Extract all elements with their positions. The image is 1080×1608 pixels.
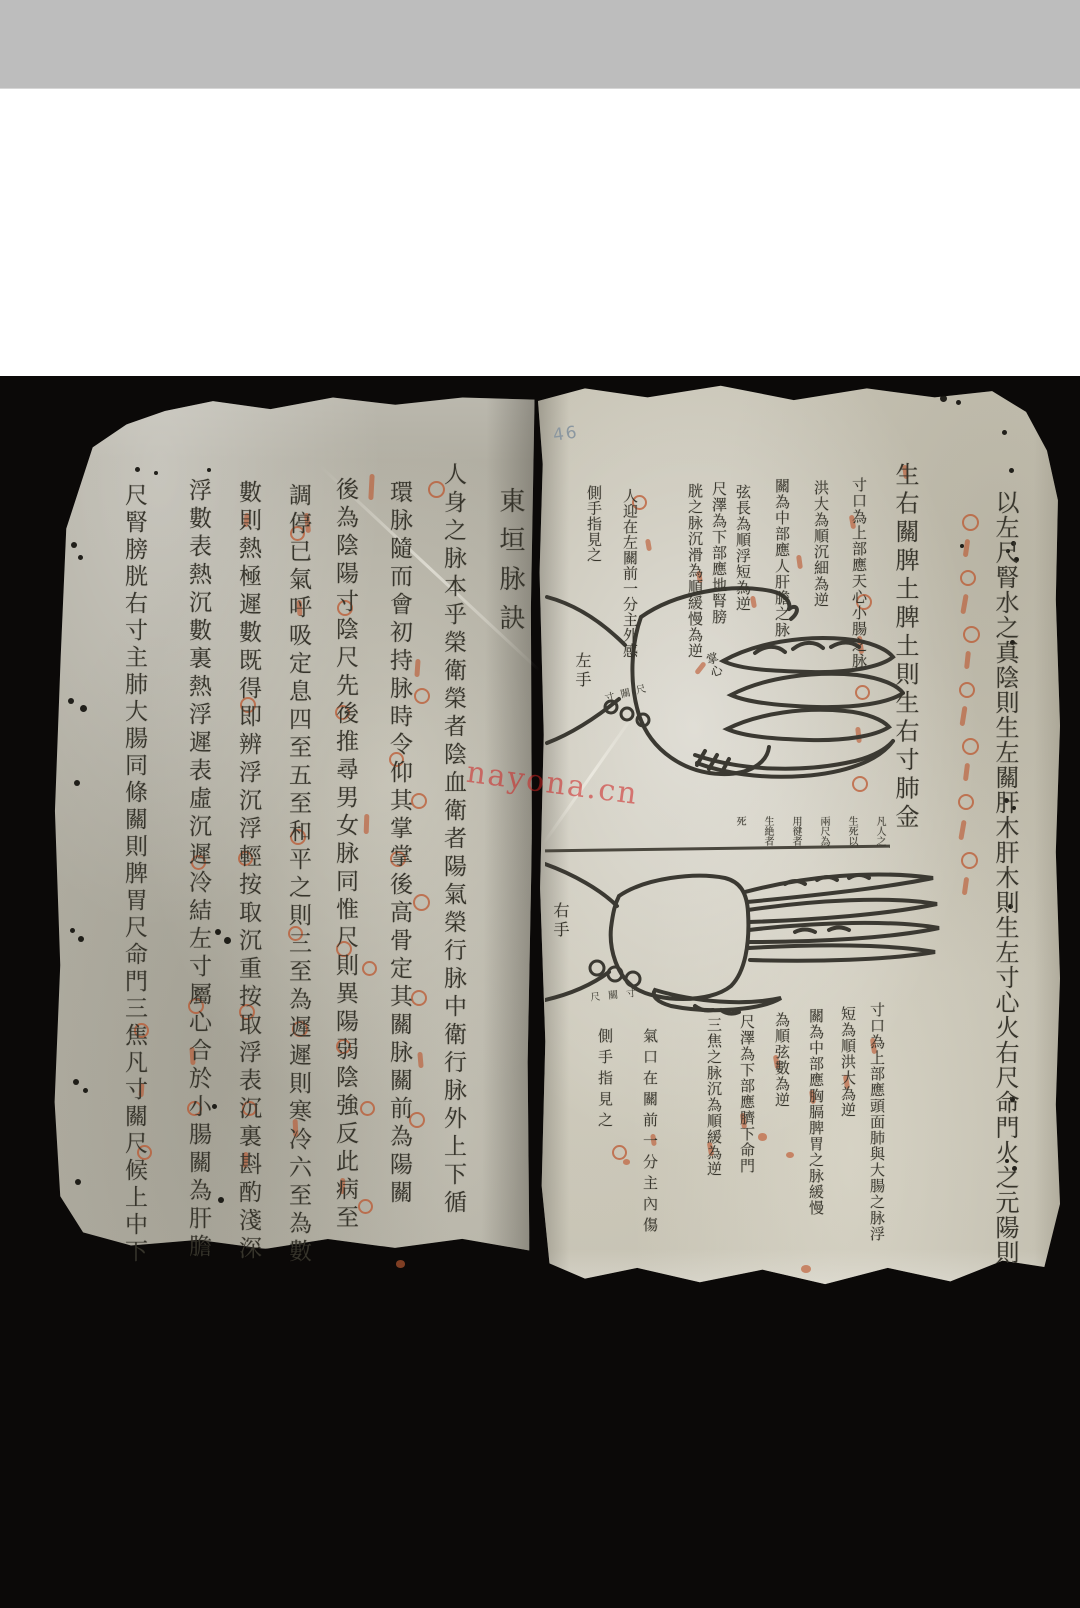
ink-spot [135,467,140,472]
left-page-column-2: 環脉隨而會初持脉時令仰其掌掌後高骨定其關脉關前為陽關 [383,480,416,1208]
left-page-column-4: 調停已氣呼吸定息四至五至和平之則三至為遲遲則寒冷六至為數 [282,483,315,1267]
ink-spot [224,937,231,944]
left-page-column-1: 人身之脉本乎榮衛榮者陰血衛者陽氣榮行脉中衛行脉外上下循 [437,462,470,1218]
red-circle-mark [612,1145,627,1160]
lower-block-column-3: 關為中部應胸膈脾胃之脉緩慢 [806,1008,827,1216]
divider-note-col-3: 兩尺為 [816,816,831,846]
ink-spot [75,1179,81,1185]
ink-spot [70,928,75,933]
ink-spot [207,468,211,472]
right-hand-label: 右手 [549,902,572,940]
lower-block-column-6: 三焦之脉沉為順緩為逆 [704,1017,725,1177]
ink-spot [83,1088,88,1093]
pencil-page-number: 46 [552,422,580,445]
ink-spot [73,1079,79,1085]
lower-block-column-4: 為順弦數為逆 [772,1012,793,1108]
right-page-main-column-1: 以左尺腎水之真陰則生左關肝木肝木則生左寸心火右尺命門火之元陽則 [988,490,1023,1265]
upper-block-column-5: 尺澤為下部應地腎膀 [709,481,730,625]
ink-spot [1009,468,1014,473]
divider-note-col-4: 用徤者 [788,816,803,846]
divider-note-col-2: 生死以 [844,816,859,846]
divider-note-col-6: 死 [732,816,747,826]
red-circle-mark [959,682,975,698]
left-page-column-6: 浮數表熱沉數裏熱浮遲表虛沉遲冷結左寸屬心合於小腸關為肝膽 [182,478,215,1262]
renying-note-column-2: 側手指見之 [584,485,605,563]
red-ink-blob [801,1265,811,1273]
upper-block-column-2: 洪大為順沉細為逆 [811,480,832,608]
ink-spot [154,471,158,475]
ink-spot [960,544,964,548]
red-dash-mark [417,1052,423,1068]
ink-spot [71,542,77,548]
qikou-note-column-2: 側手指見之 [595,1028,616,1133]
red-circle-mark [961,852,978,869]
ink-spot [218,1197,224,1203]
top-gray-band [0,0,1080,88]
top-white-band [0,88,1080,376]
ink-spot [78,555,83,560]
red-dash-mark [363,814,368,834]
ink-spot [940,395,947,402]
upper-block-column-1: 寸口為上部應天心小腸之脉 [849,477,870,669]
ink-spot [215,929,221,935]
ink-spot [78,936,84,942]
red-circle-mark [963,626,980,643]
upper-block-column-3: 關為中部應人肝膽之脉 [772,478,793,638]
lower-block-column-1: 寸口為上部應頭面肺與大腸之脉浮 [867,1002,888,1242]
ink-spot [956,400,961,405]
lower-block-column-5: 尺澤為下部應臍下命門 [737,1014,758,1174]
red-ink-blob [623,1159,630,1165]
manuscript-scan-viewport: 東垣脉訣 人身之脉本乎榮衛榮者陰血衛者陽氣榮行脉中衛行脉外上下循 環脉隨而會初持… [0,0,1080,1608]
red-ink-blob [758,1133,767,1140]
left-page-column-7: 尺腎膀胱右寸主肺大腸同條關則脾胃尺命門三焦凡寸關尺候上中下 [118,483,151,1266]
red-circle-mark [960,570,976,586]
upper-block-column-6: 胱之脉沉滑為順緩慢為逆 [685,483,706,659]
upper-block-column-4: 弦長為順浮短為逆 [733,484,754,612]
divider-note-col-1: 凡人之 [872,816,887,846]
divider-note-col-5: 生絶者 [760,816,775,846]
lower-block-column-2: 短為順洪大為逆 [838,1006,859,1118]
ink-spot [68,698,74,704]
left-hand-label: 左手 [571,652,594,690]
ink-spot [74,780,80,786]
renying-note-column: 人迎在左關前一分主外感 [620,488,641,659]
red-circle-mark [962,738,979,755]
red-circle-mark [362,961,377,976]
left-page-column-3: 後為陰陽寸陰尺先後推尋男女脉同惟尺則異陽弱陰強反此病至 [329,477,362,1233]
ink-spot [1002,430,1007,435]
qikou-note-column: 氣口在關前一分主內傷 [640,1028,661,1238]
red-circle-mark [414,688,430,704]
right-page-main-column-2: 生右關脾土脾土則生右寸肺金 [888,462,923,833]
red-circle-mark [958,794,974,810]
left-page-title: 東垣脉訣 [492,487,529,643]
ink-spot [80,705,87,712]
left-page-column-5: 數則熱極遲數既得即辨浮沉浮輕按取沉重按取浮表沉裏斟酌淺深 [232,480,265,1264]
red-ink-blob [396,1260,405,1267]
red-circle-mark [962,514,979,531]
